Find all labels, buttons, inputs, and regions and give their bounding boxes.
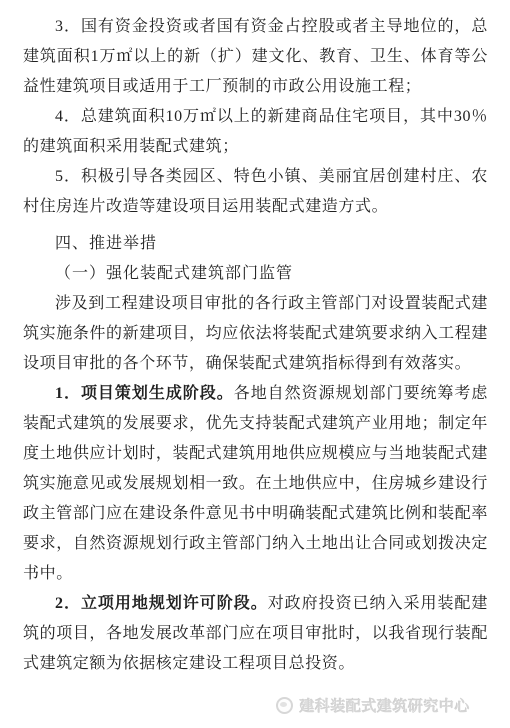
- section-heading-four: 四、推进举措: [23, 229, 488, 259]
- stage-paragraph-1: 1．项目策划生成阶段。各地自然资源规划部门要统筹考虑装配式建筑的发展要求，优先支…: [23, 379, 488, 589]
- document-page: 3．国有资金投资或者国有资金占控股或者主导地位的，总建筑面积1万㎡以上的新（扩）…: [0, 0, 510, 728]
- subsection-heading-one: （一）强化装配式建筑部门监管: [23, 259, 488, 289]
- numbered-item-4: 4．总建筑面积10万㎡以上的新建商品住宅项目，其中30％的建筑面积采用装配式建筑…: [23, 102, 488, 162]
- stage-2-lead: 2．立项用地规划许可阶段。: [55, 595, 268, 612]
- stage-1-text: 各地自然资源规划部门要统筹考虑装配式建筑的发展要求，优先支持装配式建筑产业用地；…: [23, 385, 488, 582]
- numbered-item-3: 3．国有资金投资或者国有资金占控股或者主导地位的，总建筑面积1万㎡以上的新（扩）…: [23, 12, 488, 102]
- document-body: 3．国有资金投资或者国有资金占控股或者主导地位的，总建筑面积1万㎡以上的新（扩）…: [23, 12, 488, 679]
- watermark: 建科装配式建筑研究中心: [23, 693, 488, 717]
- watermark-text: 建科装配式建筑研究中心: [299, 695, 470, 716]
- stage-1-lead: 1．项目策划生成阶段。: [55, 385, 234, 402]
- research-center-logo-icon: [276, 697, 293, 714]
- numbered-item-5: 5．积极引导各类园区、特色小镇、美丽宜居创建村庄、农村住房连片改造等建设项目运用…: [23, 162, 488, 222]
- body-paragraph-supervision: 涉及到工程建设项目审批的各行政主管部门对设置装配式建筑实施条件的新建项目，均应依…: [23, 289, 488, 379]
- stage-paragraph-2: 2．立项用地规划许可阶段。对政府投资已纳入采用装配建筑的项目，各地发展改革部门应…: [23, 589, 488, 679]
